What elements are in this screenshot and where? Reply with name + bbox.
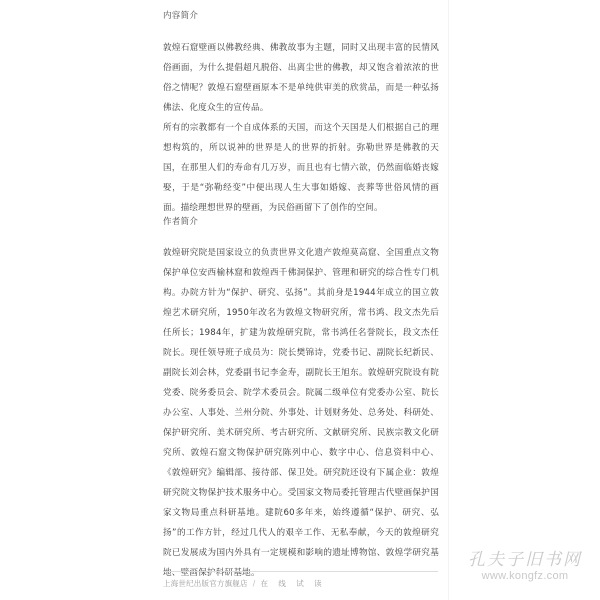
content-intro-paragraph-1: 敦煌石窟壁画以佛教经典、佛教故事为主题，同时又出现丰富的民情风俗画面，为什么提倡…	[163, 38, 439, 118]
trial-read-link[interactable]: 在 线 试 读	[260, 579, 325, 588]
footer-separator: /	[253, 579, 256, 588]
footer-divider	[163, 571, 438, 572]
author-intro-paragraph: 敦煌研究院是国家设立的负责世界文化遗产敦煌莫高窟、全国重点文物保护单位安西榆林窟…	[163, 243, 439, 583]
author-intro-heading: 作者简介	[163, 215, 198, 227]
book-description-panel: 内容简介 敦煌石窟壁画以佛教经典、佛教故事为主题，同时又出现丰富的民情风俗画面，…	[150, 0, 449, 600]
watermark-name: 孔夫子旧书网	[455, 545, 595, 570]
watermark-url: www.kongfz.com	[455, 570, 595, 582]
kongfz-watermark: 孔夫子旧书网 www.kongfz.com	[455, 545, 595, 582]
footer: 上海世纪出版官方旗舰店/在 线 试 读	[163, 578, 326, 589]
content-intro-heading: 内容简介	[163, 9, 198, 21]
content-intro-paragraph-2: 所有的宗教都有一个自成体系的天国，而这个天国是人们根据自己的理想构筑的，所以说神…	[163, 118, 439, 218]
store-link[interactable]: 上海世纪出版官方旗舰店	[163, 579, 248, 588]
